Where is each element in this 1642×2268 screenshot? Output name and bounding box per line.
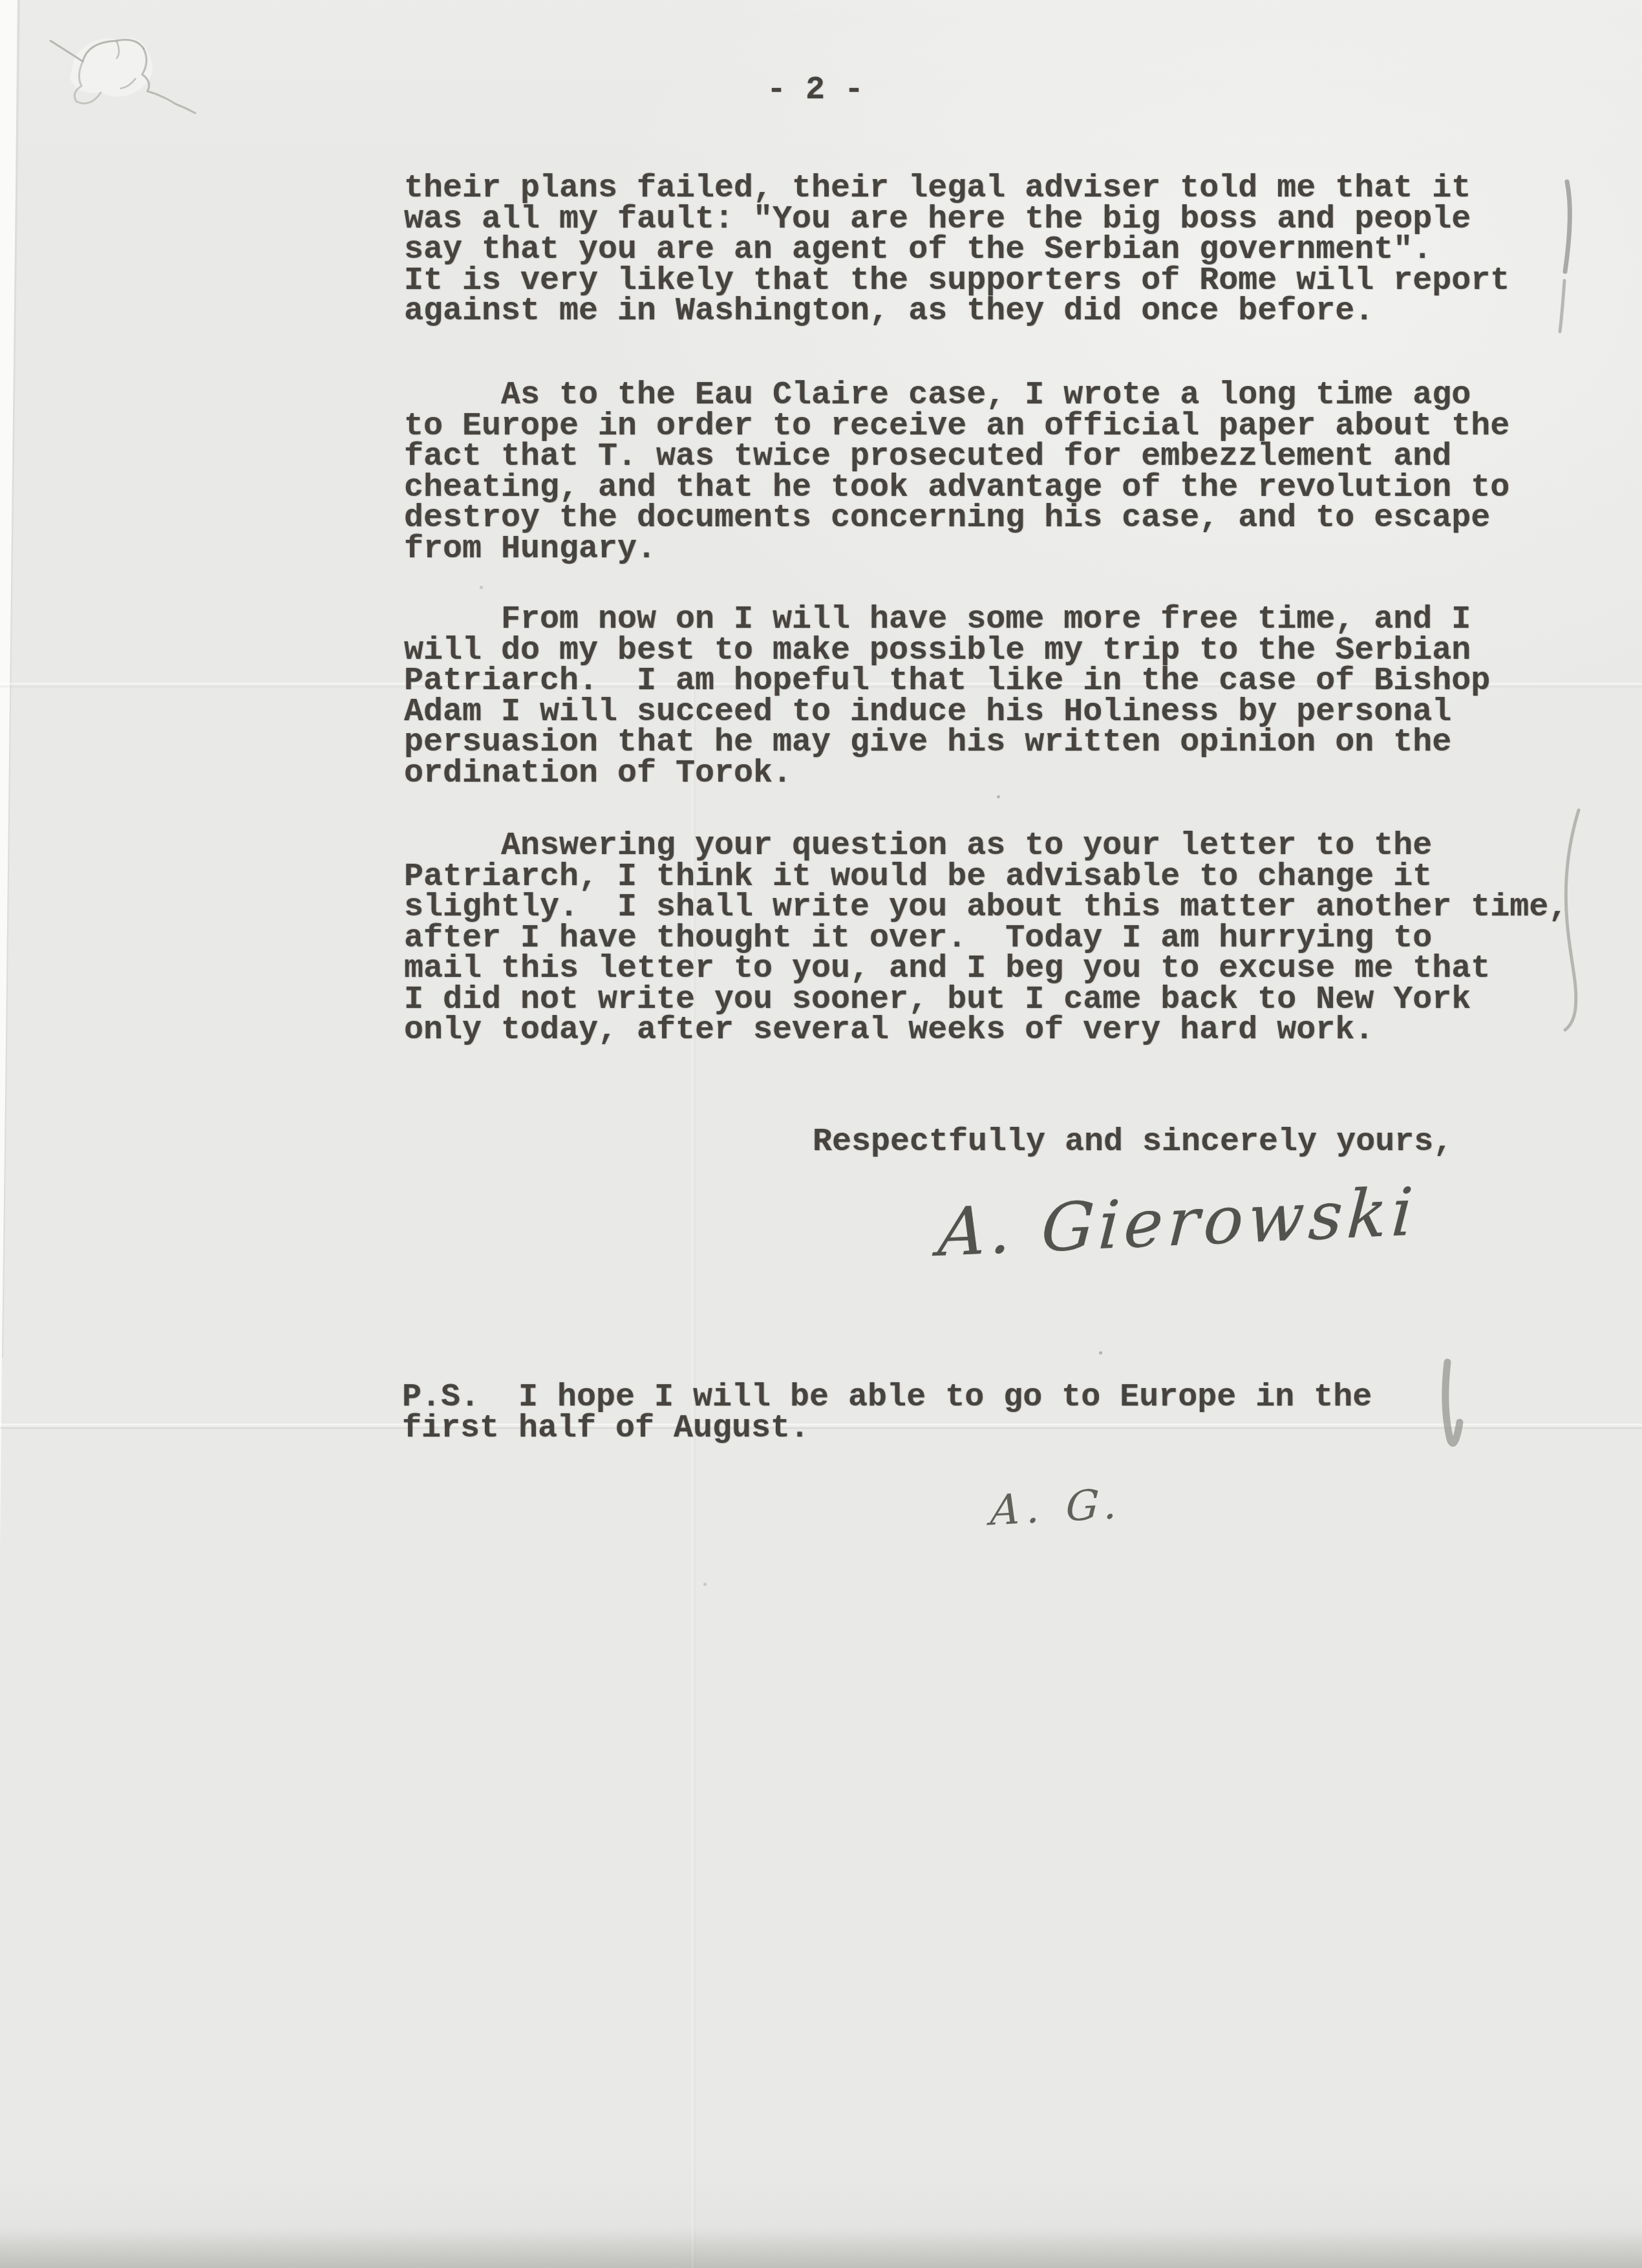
pencil-sideline-postscript bbox=[1445, 1362, 1460, 1443]
paper-speck bbox=[480, 586, 483, 589]
scan-bottom-shadow bbox=[0, 2229, 1642, 2268]
paper-speck bbox=[703, 1583, 707, 1586]
paragraph-1: their plans failed, their legal adviser … bbox=[404, 173, 1509, 327]
closing-line: Respectfully and sincerely yours, bbox=[813, 1127, 1453, 1158]
paper-speck bbox=[997, 795, 1000, 798]
postscript: P.S. I hope I will be able to go to Euro… bbox=[402, 1382, 1372, 1444]
handwritten-signature: A. Gierowski bbox=[936, 1173, 1420, 1272]
paragraph-4: Answering your question as to your lette… bbox=[404, 831, 1568, 1046]
scanner-edge-strip bbox=[0, 0, 26, 1552]
paper-speck bbox=[1099, 1351, 1102, 1354]
page-number: - 2 - bbox=[763, 75, 867, 106]
paragraph-2: As to the Eau Claire case, I wrote a lon… bbox=[404, 380, 1509, 564]
pencil-sideline-paragraph-1 bbox=[1565, 182, 1570, 272]
staple-tear-mark bbox=[39, 16, 207, 126]
scanned-letter-page: - 2 - their plans failed, their legal ad… bbox=[0, 0, 1642, 2268]
paragraph-3: From now on I will have some more free t… bbox=[404, 604, 1490, 789]
pencil-sideline-paragraph-1b bbox=[1560, 281, 1564, 332]
handwritten-initials: A. G. bbox=[989, 1480, 1125, 1535]
